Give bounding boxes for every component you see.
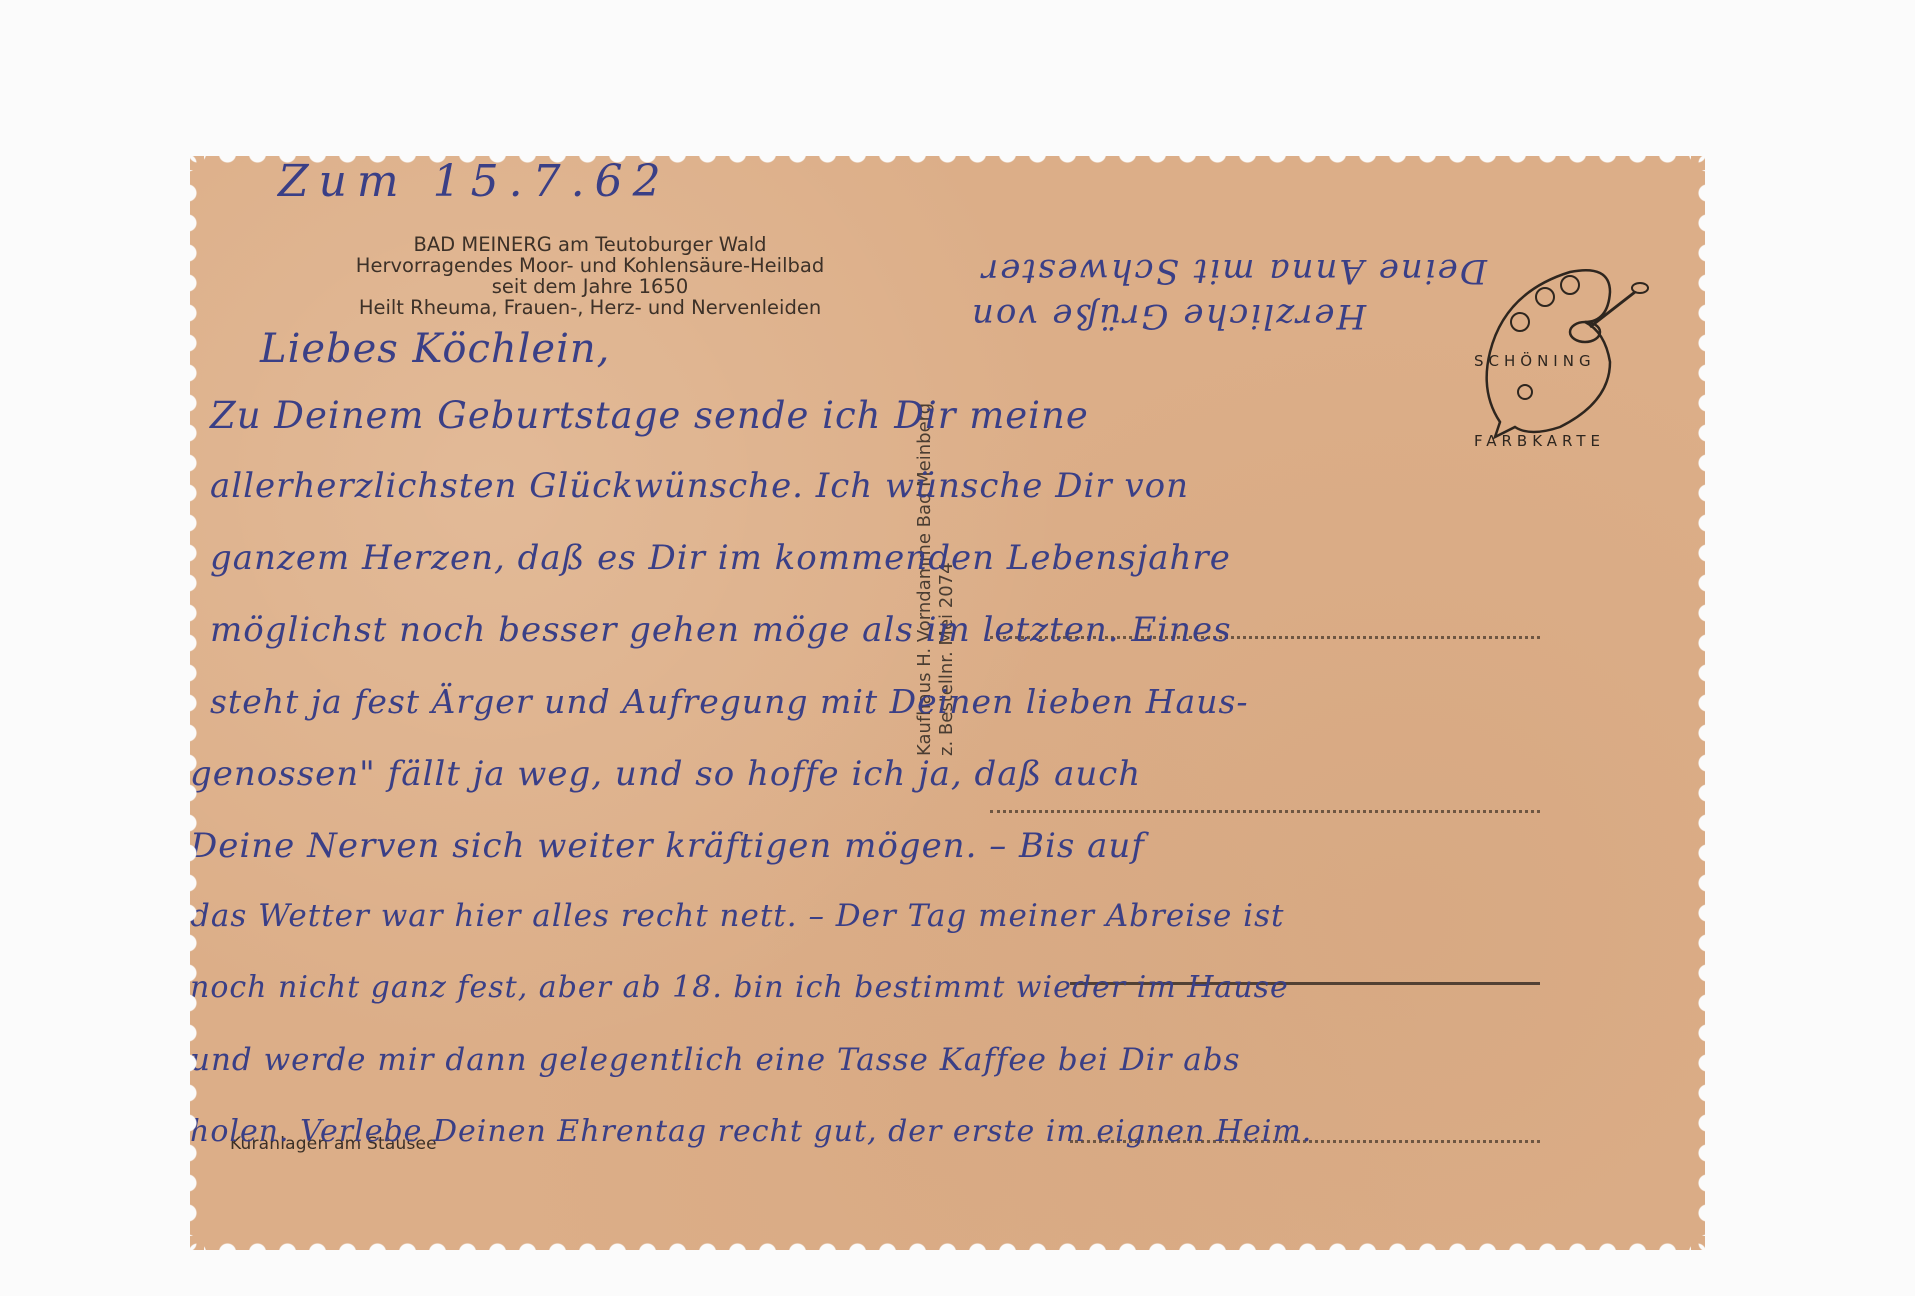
letter-line: holen. Verlebe Deinen Ehrentag recht gut…: [190, 1114, 1312, 1149]
handwritten-date: Zum 15.7.62: [278, 156, 671, 207]
caption-line-1: BAD MEINERG am Teutoburger Wald: [280, 234, 900, 255]
logo-brand: SCHÖNING: [1474, 352, 1596, 370]
letter-line: ganzem Herzen, daß es Dir im kommenden L…: [210, 538, 1231, 578]
upside-down-signature-line-1: Deine Anna mit Schwester: [980, 251, 1487, 291]
letter-line: steht ja fest Ärger und Aufregung mit De…: [210, 682, 1249, 721]
letter-line: Deine Nerven sich weiter kräftigen mögen…: [190, 826, 1145, 866]
publisher-line-2: z. Bestellnr. Mei 2074: [936, 562, 958, 756]
upside-down-signature-line-2: Herzliche Grüße von: [970, 296, 1366, 336]
logo-subtitle: FARBKARTE: [1474, 432, 1605, 450]
letter-line: noch nicht ganz fest, aber ab 18. bin ic…: [190, 970, 1289, 1005]
letter-line: genossen" fällt ja weg, und so hoffe ich…: [190, 754, 1141, 794]
letter-line: möglichst noch besser gehen möge als im …: [210, 610, 1232, 650]
caption-line-3: seit dem Jahre 1650: [280, 276, 900, 297]
letter-line: und werde mir dann gelegentlich eine Tas…: [190, 1042, 1241, 1078]
caption-line-4: Heilt Rheuma, Frauen-, Herz- und Nervenl…: [280, 297, 900, 318]
letter-line: das Wetter war hier alles recht nett. – …: [190, 898, 1284, 934]
letter-line: Zu Deinem Geburtstage sende ich Dir mein…: [210, 394, 1089, 437]
caption-line-2: Hervorragendes Moor- und Kohlensäure-Hei…: [280, 255, 900, 276]
postcard-back: Zum 15.7.62 BAD MEINERG am Teutoburger W…: [190, 156, 1705, 1250]
printed-caption: BAD MEINERG am Teutoburger Wald Hervorra…: [280, 234, 900, 318]
address-line-2: [990, 810, 1540, 813]
letter-salutation: Liebes Köchlein,: [260, 326, 610, 372]
letter-line: allerherzlichsten Glückwünsche. Ich wüns…: [210, 466, 1189, 506]
schoning-logo: SCHÖNING FARBKARTE: [1460, 252, 1650, 472]
